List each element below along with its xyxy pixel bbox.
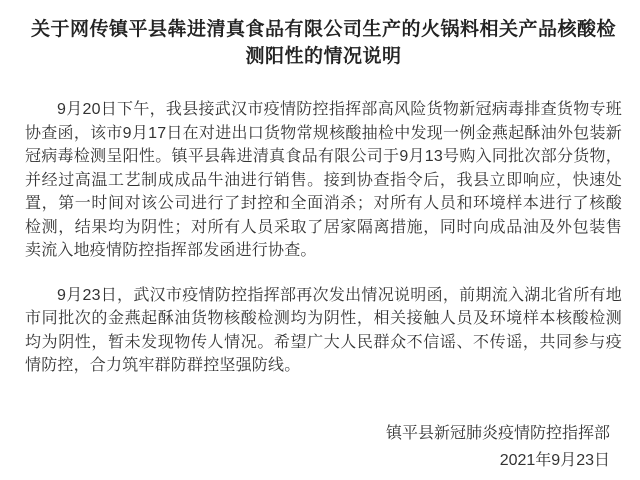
paragraph-2: 9月23日，武汉市疫情防控指挥部再次发出情况说明函，前期流入湖北省所有地市同批次…	[25, 284, 622, 378]
document-title: 关于网传镇平县犇进清真食品有限公司生产的火锅料相关产品核酸检测阳性的情况说明	[31, 16, 616, 70]
signature-block: 镇平县新冠肺炎疫情防控指挥部 2021年9月23日	[25, 420, 622, 474]
notice-document: 关于网传镇平县犇进清真食品有限公司生产的火锅料相关产品核酸检测阳性的情况说明 9…	[0, 0, 640, 480]
paragraph-1: 9月20日下午，我县接武汉市疫情防控指挥部高风险货物新冠病毒排查货物专班协查函，…	[25, 98, 622, 263]
signature-date: 2021年9月23日	[25, 447, 610, 474]
signature-issuer: 镇平县新冠肺炎疫情防控指挥部	[25, 420, 610, 447]
